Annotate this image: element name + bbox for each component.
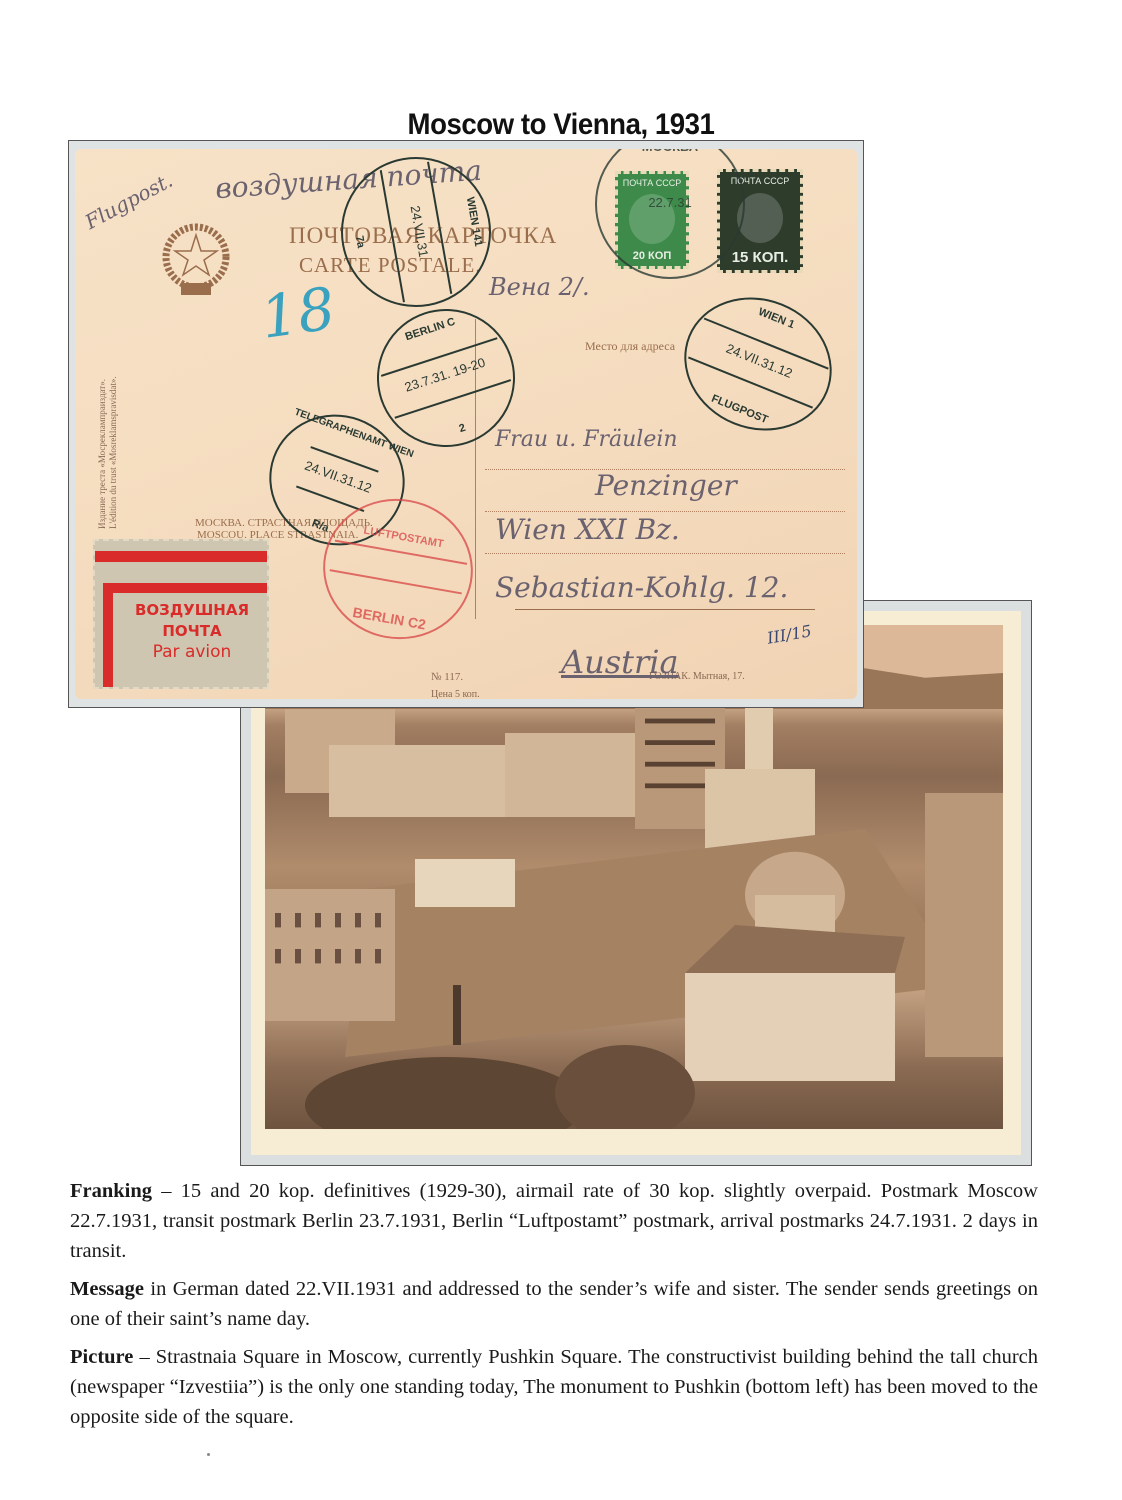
side-imprint: Издание треста «Мосреклампраиздат». L'éd…	[97, 269, 119, 529]
card-price: Цена 5 коп.	[431, 689, 480, 699]
address-label: Место для адреса	[585, 339, 675, 354]
franking-description: Franking – 15 and 20 kop. definitives (1…	[70, 1176, 1038, 1266]
handwritten-recipient-line-4: Sebastian-Kohlg. 12.	[495, 571, 788, 604]
ussr-emblem-icon	[161, 221, 231, 301]
handwritten-note: III/15	[766, 621, 813, 647]
blue-crayon-mark: 18	[257, 274, 340, 352]
message-description: Message in German dated 22.VII.1931 and …	[70, 1274, 1038, 1334]
airmail-label: ВОЗДУШНАЯ ПОЧТА Par avion	[93, 539, 269, 689]
handwritten-city: Вена 2/.	[489, 273, 590, 301]
postcard-address-side-frame: ПОЧТОВАЯ КАРТОЧКА CARTE POSTALE. Место д…	[68, 140, 864, 708]
airmail-label-text: ВОЗДУШНАЯ ПОЧТА Par avion	[117, 599, 267, 663]
address-line	[515, 609, 815, 610]
message-label: Message	[70, 1278, 144, 1300]
message-text: in German dated 22.VII.1931 and addresse…	[70, 1278, 1038, 1330]
handwritten-recipient-line-1: Frau u. Fräulein	[495, 427, 678, 452]
address-line	[485, 553, 845, 554]
card-number: № 117.	[431, 671, 463, 683]
postmark-wien-1-flugpost: WIEN 1 24.VII.31.12 FLUGPOST	[664, 276, 852, 453]
picture-text: – Strastnaia Square in Moscow, currently…	[70, 1346, 1038, 1428]
page-title: Moscow to Vienna, 1931	[45, 108, 1077, 142]
handwritten-recipient-line-2: Penzinger	[595, 469, 737, 502]
picture-description: Picture – Strastnaia Square in Moscow, c…	[70, 1342, 1038, 1432]
address-line	[485, 511, 845, 512]
picture-label: Picture	[70, 1346, 133, 1368]
handwritten-recipient-line-3: Wien XXI Bz.	[495, 513, 680, 546]
handwritten-country: Austria	[561, 643, 679, 681]
franking-text: – 15 and 20 kop. definitives (1929-30), …	[70, 1180, 1038, 1262]
speck	[207, 1453, 210, 1456]
postcard-address-side: ПОЧТОВАЯ КАРТОЧКА CARTE POSTALE. Место д…	[75, 149, 857, 699]
franking-label: Franking	[70, 1180, 152, 1202]
